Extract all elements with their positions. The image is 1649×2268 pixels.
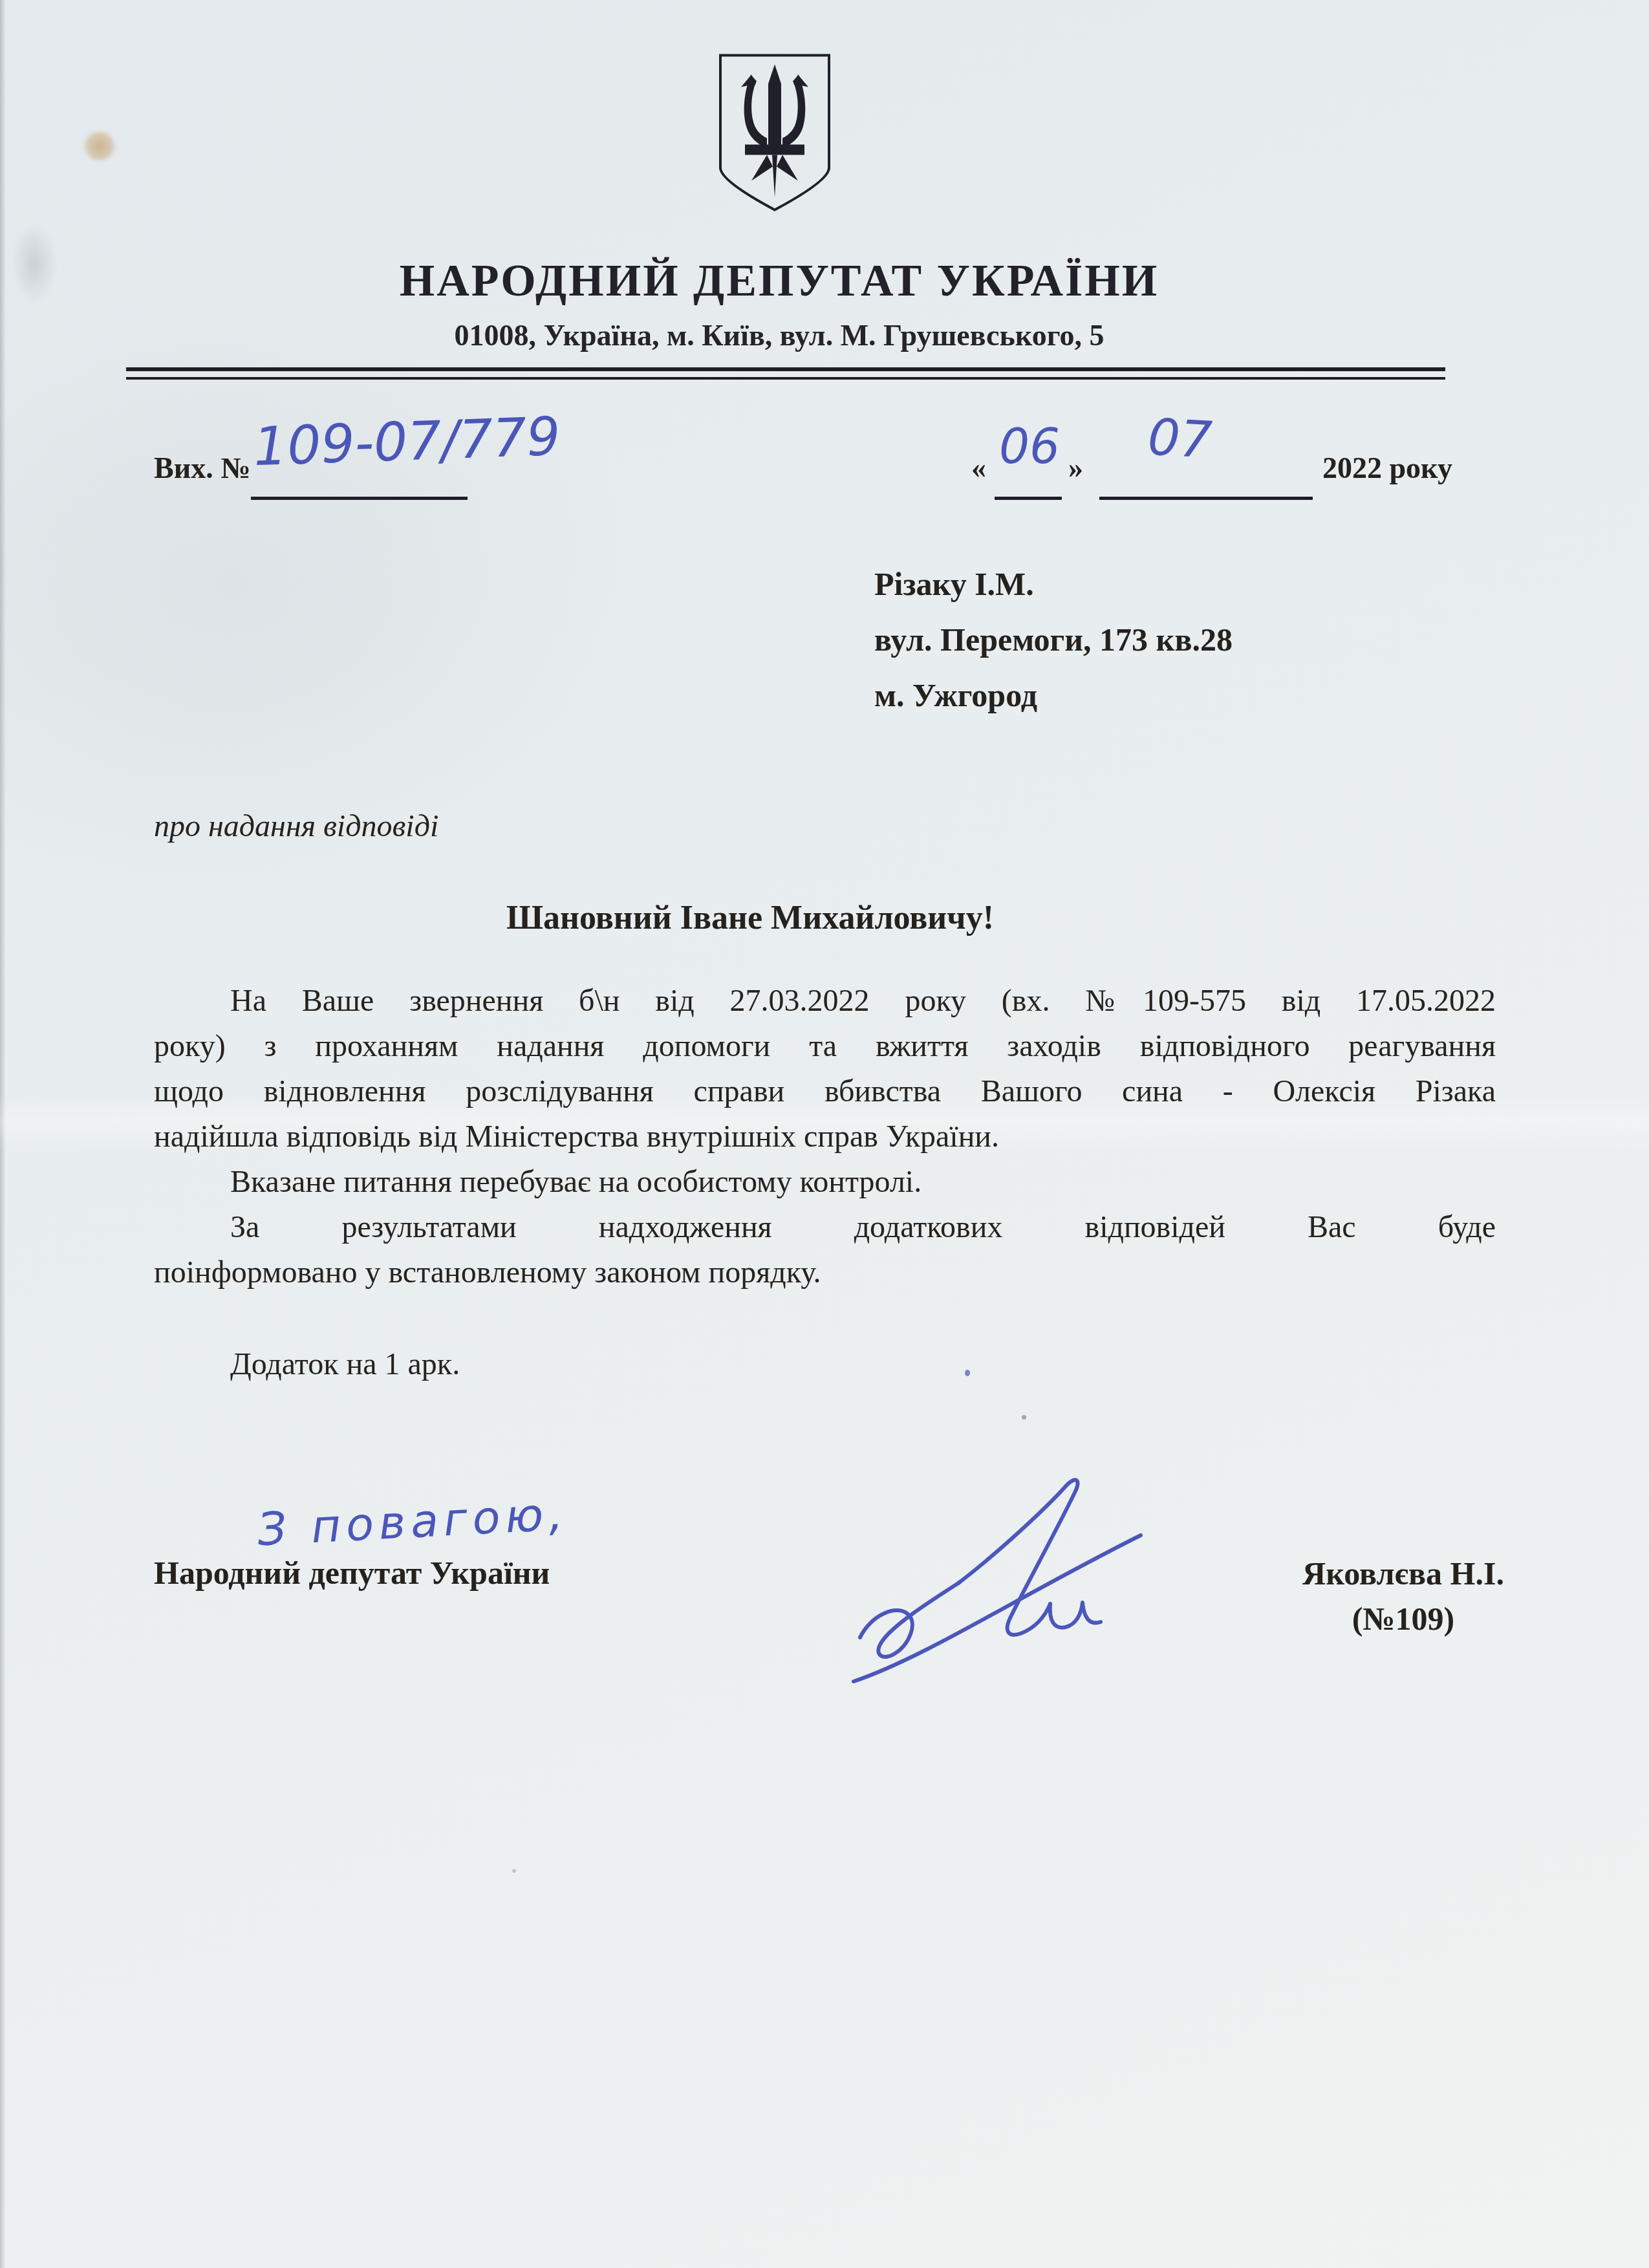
outgoing-number-underline	[251, 497, 468, 500]
tryzub-emblem-icon	[710, 49, 839, 216]
date-day-handwritten: 06	[999, 419, 1060, 475]
body-paragraph: Вказане питання перебуває на особистому …	[154, 1160, 1496, 1205]
recipient-name: Різаку І.М.	[874, 556, 1233, 612]
ink-speck	[1022, 1415, 1026, 1420]
body-line: щодо відновлення розслідування справи вб…	[154, 1069, 1496, 1114]
signer-number: (№109)	[1267, 1596, 1539, 1641]
attachment-note: Додаток на 1 арк.	[154, 1342, 1496, 1387]
body-line: надійшла відповідь від Міністерства внут…	[154, 1114, 1496, 1160]
signature-ink	[847, 1474, 1151, 1691]
date-day-underline	[995, 497, 1062, 500]
scanned-letter-page: НАРОДНИЙ ДЕПУТАТ УКРАЇНИ 01008, Україна,…	[0, 0, 1649, 2268]
outgoing-number-label: Вих. №	[154, 451, 250, 485]
body-line: поінформовано у встановленому законом по…	[154, 1250, 1496, 1295]
signer-role: Народний депутат України	[154, 1554, 550, 1592]
salutation: Шановний Іване Михайловичу!	[39, 899, 1461, 937]
ink-speck	[512, 1869, 516, 1873]
date-close-quote: »	[1068, 451, 1083, 485]
date-month-handwritten: 07	[1147, 408, 1214, 470]
closing-handwritten: З повагою,	[256, 1487, 569, 1556]
date-year: 2022 року	[1322, 451, 1452, 485]
subject-line: про надання відповіді	[154, 808, 438, 844]
outgoing-number-handwritten: 109-07/779	[252, 406, 561, 479]
recipient-street: вул. Перемоги, 173 кв.28	[874, 612, 1233, 667]
date-open-quote: «	[971, 451, 986, 485]
body-line: За результатами надходження додаткових в…	[154, 1205, 1496, 1250]
letterhead-address: 01008, Україна, м. Київ, вул. М. Грушевс…	[36, 318, 1523, 352]
signer-name-block: Яковлєва Н.І. (№109)	[1267, 1551, 1539, 1641]
recipient-block: Різаку І.М. вул. Перемоги, 173 кв.28 м. …	[874, 556, 1233, 723]
paper-stain	[83, 131, 116, 161]
header-rule-bottom	[126, 377, 1445, 380]
recipient-city: м. Ужгород	[874, 667, 1233, 723]
date-month-underline	[1099, 497, 1313, 500]
header-rule-top	[126, 367, 1445, 371]
letter-body: На Ваше звернення б\н від 27.03.2022 рок…	[154, 978, 1496, 1387]
letterhead-title: НАРОДНИЙ ДЕПУТАТ УКРАЇНИ	[36, 255, 1523, 307]
body-line: На Ваше звернення б\н від 27.03.2022 рок…	[154, 978, 1496, 1024]
body-line: року) з проханням надання допомоги та вж…	[154, 1024, 1496, 1069]
signer-name: Яковлєва Н.І.	[1267, 1551, 1539, 1596]
